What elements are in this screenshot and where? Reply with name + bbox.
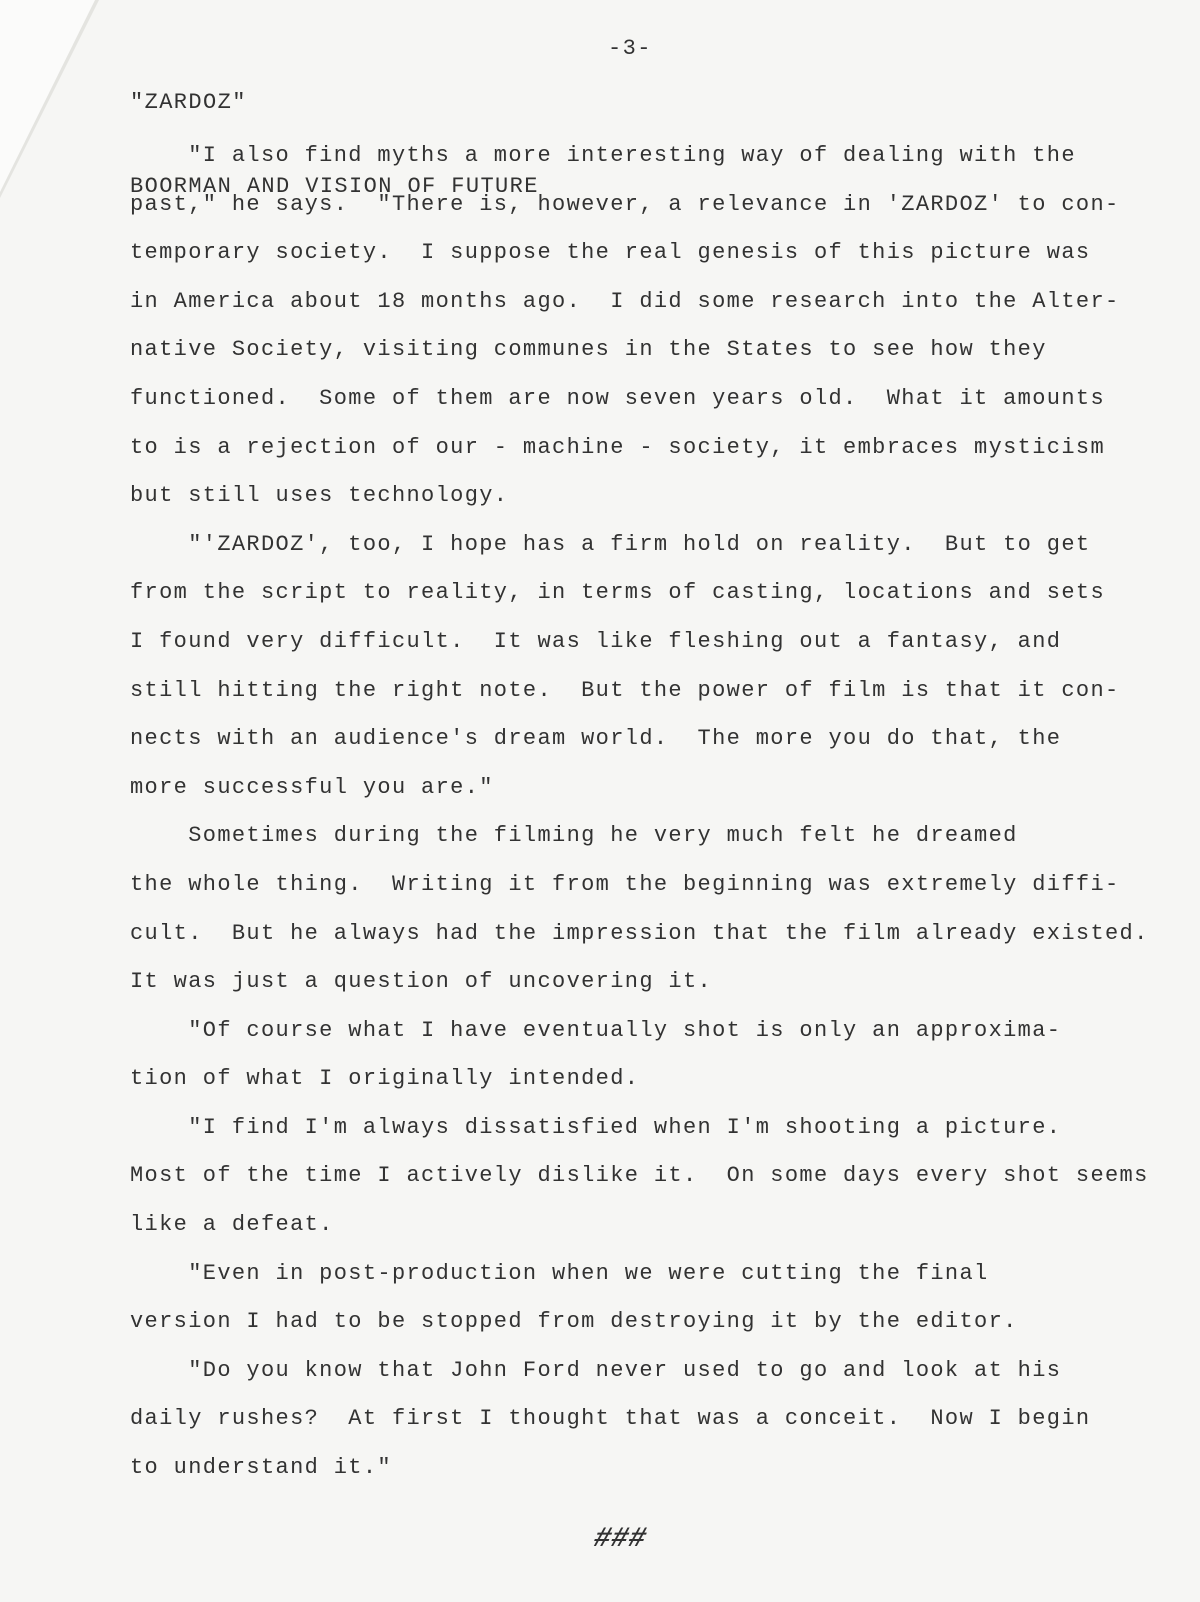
document-body: "I also find myths a more interesting wa… xyxy=(130,132,1180,1493)
end-of-release-mark: ### xyxy=(592,1524,648,1555)
text-line: still hitting the right note. But the po… xyxy=(130,667,1180,716)
text-line: tion of what I originally intended. xyxy=(130,1055,1180,1104)
text-line: more successful you are." xyxy=(130,764,1180,813)
document-title: "ZARDOZ" xyxy=(130,89,539,117)
text-line: I found very difficult. It was like fles… xyxy=(130,618,1180,667)
text-line: "Do you know that John Ford never used t… xyxy=(130,1347,1180,1396)
text-line: to understand it." xyxy=(130,1444,1180,1493)
text-line: "Even in post-production when we were cu… xyxy=(130,1250,1180,1299)
text-line: "I find I'm always dissatisfied when I'm… xyxy=(130,1104,1180,1153)
text-line: cult. But he always had the impression t… xyxy=(130,910,1180,959)
text-line: daily rushes? At first I thought that wa… xyxy=(130,1395,1180,1444)
text-line: "Of course what I have eventually shot i… xyxy=(130,1007,1180,1056)
text-line: temporary society. I suppose the real ge… xyxy=(130,229,1180,278)
text-line: from the script to reality, in terms of … xyxy=(130,569,1180,618)
page-number: -3- xyxy=(608,36,652,61)
text-line: past," he says. "There is, however, a re… xyxy=(130,181,1180,230)
text-line: functioned. Some of them are now seven y… xyxy=(130,375,1180,424)
scanned-document-page: "ZARDOZ" BOORMAN AND VISION OF FUTURE -3… xyxy=(0,0,1200,1602)
text-line: the whole thing. Writing it from the beg… xyxy=(130,861,1180,910)
text-line: but still uses technology. xyxy=(130,472,1180,521)
text-line: to is a rejection of our - machine - soc… xyxy=(130,424,1180,473)
text-line: like a defeat. xyxy=(130,1201,1180,1250)
scan-corner-fold xyxy=(0,0,95,192)
text-line: nects with an audience's dream world. Th… xyxy=(130,715,1180,764)
text-line: Sometimes during the filming he very muc… xyxy=(130,812,1180,861)
text-line: "'ZARDOZ', too, I hope has a firm hold o… xyxy=(130,521,1180,570)
text-line: in America about 18 months ago. I did so… xyxy=(130,278,1180,327)
text-line: It was just a question of uncovering it. xyxy=(130,958,1180,1007)
text-line: "I also find myths a more interesting wa… xyxy=(130,132,1180,181)
text-line: version I had to be stopped from destroy… xyxy=(130,1298,1180,1347)
text-line: Most of the time I actively dislike it. … xyxy=(130,1152,1180,1201)
text-line: native Society, visiting communes in the… xyxy=(130,326,1180,375)
